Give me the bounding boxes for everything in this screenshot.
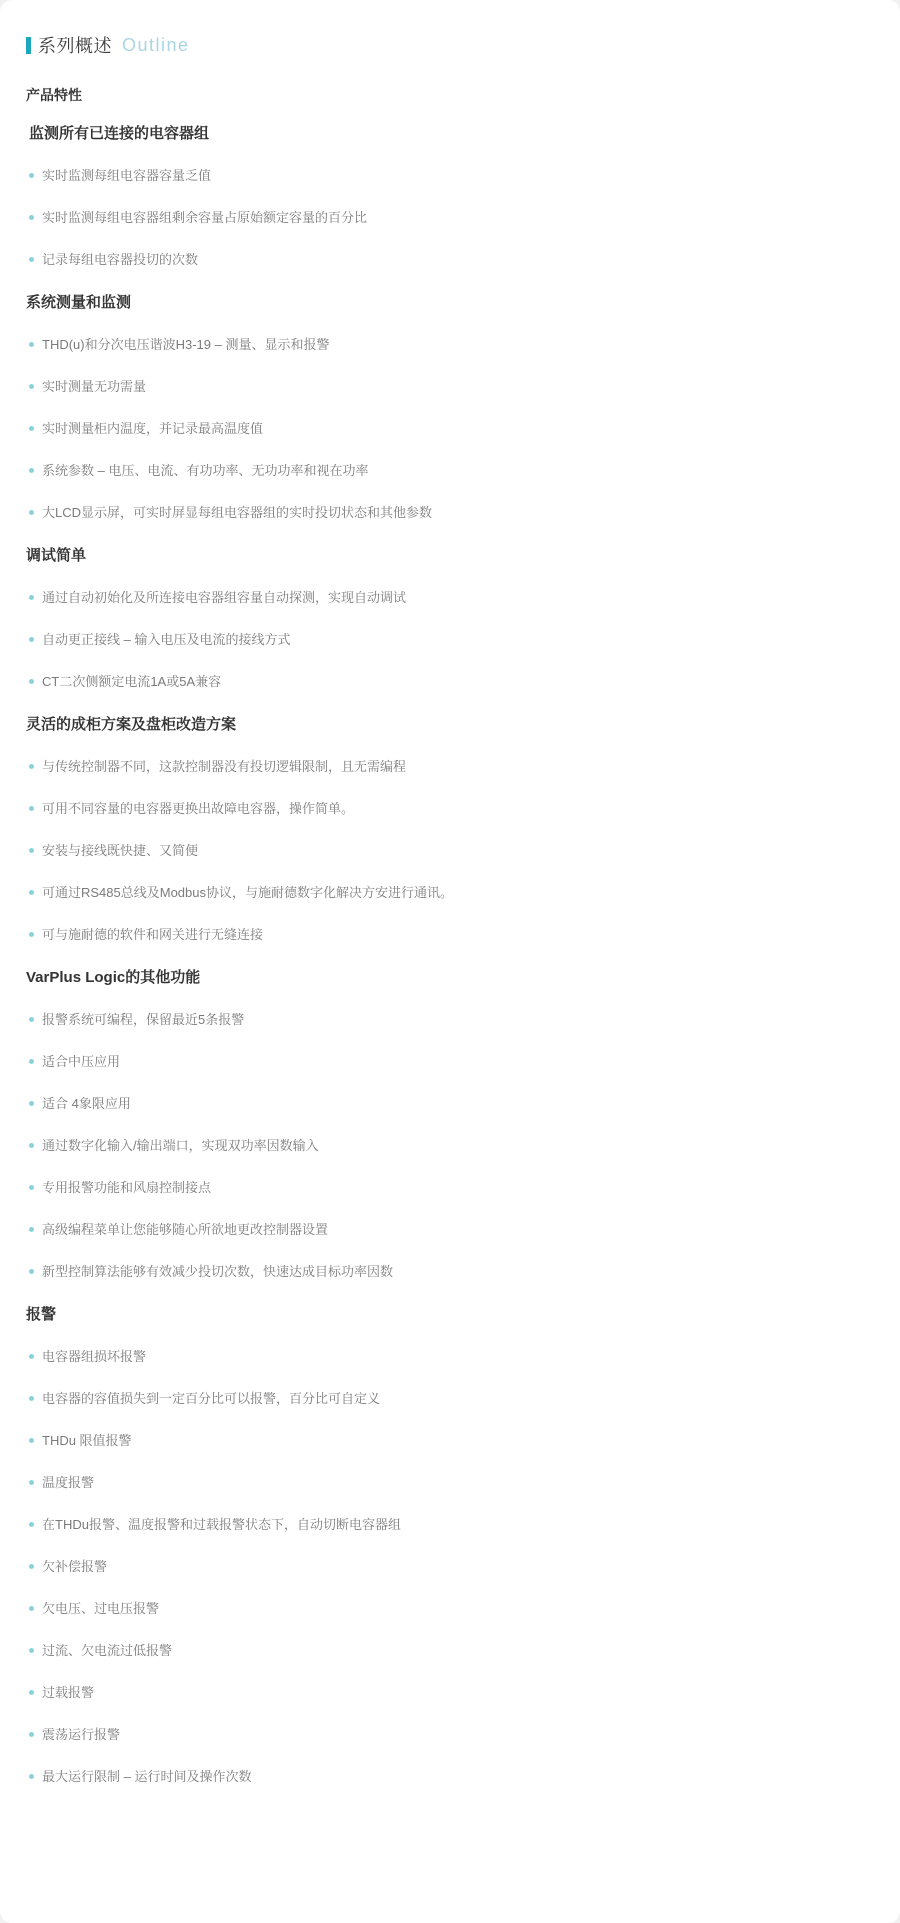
list-item-text: 自动更正接线 – 输入电压及电流的接线方式 [42, 632, 290, 647]
bullet-dot-icon [29, 1227, 34, 1232]
feature-section: 调试简单通过自动初始化及所连接电容器组容量自动探测，实现自动调试自动更正接线 –… [26, 545, 870, 691]
list-item: 记录每组电容器投切的次数 [29, 250, 870, 269]
list-item: 电容器的容值损失到一定百分比可以报警，百分比可自定义 [29, 1389, 870, 1408]
list-item: 过载报警 [29, 1683, 870, 1702]
list-item-text: 欠补偿报警 [42, 1559, 107, 1574]
list-item-text: 在THDu报警、温度报警和过载报警状态下，自动切断电容器组 [42, 1517, 401, 1532]
list-item: 新型控制算法能够有效减少投切次数，快速达成目标功率因数 [29, 1262, 870, 1281]
feature-list: 与传统控制器不同，这款控制器没有投切逻辑限制，且无需编程可用不同容量的电容器更换… [26, 757, 870, 944]
list-item-text: 通过数字化输入/输出端口，实现双功率因数输入 [42, 1138, 319, 1153]
list-item: 电容器组损坏报警 [29, 1347, 870, 1366]
bullet-dot-icon [29, 1143, 34, 1148]
list-item: 专用报警功能和风扇控制接点 [29, 1178, 870, 1197]
bullet-dot-icon [29, 342, 34, 347]
list-item-text: 最大运行限制 – 运行时间及操作次数 [42, 1769, 251, 1784]
bullet-dot-icon [29, 1059, 34, 1064]
section-heading: VarPlus Logic的其他功能 [26, 967, 870, 988]
feature-list: 通过自动初始化及所连接电容器组容量自动探测，实现自动调试自动更正接线 – 输入电… [26, 588, 870, 691]
list-item: 可与施耐德的软件和网关进行无缝连接 [29, 925, 870, 944]
feature-section: 监测所有已连接的电容器组实时监测每组电容器容量乏值实时监测每组电容器组剩余容量占… [26, 123, 870, 269]
list-item-text: CT二次侧额定电流1A或5A兼容 [42, 674, 221, 689]
section-heading: 监测所有已连接的电容器组 [26, 123, 870, 144]
bullet-dot-icon [29, 764, 34, 769]
bullet-dot-icon [29, 932, 34, 937]
list-item: 实时测量无功需量 [29, 377, 870, 396]
bullet-dot-icon [29, 1438, 34, 1443]
bullet-dot-icon [29, 1690, 34, 1695]
bullet-dot-icon [29, 890, 34, 895]
bullet-dot-icon [29, 1185, 34, 1190]
list-item-text: 与传统控制器不同，这款控制器没有投切逻辑限制，且无需编程 [42, 759, 406, 774]
list-item-text: 适合 4象限应用 [42, 1096, 131, 1111]
section-heading: 系统测量和监测 [26, 292, 870, 313]
bullet-dot-icon [29, 1732, 34, 1737]
bullet-dot-icon [29, 848, 34, 853]
page-title: 系列概述 Outline [26, 34, 870, 56]
list-item: 在THDu报警、温度报警和过载报警状态下，自动切断电容器组 [29, 1515, 870, 1534]
list-item-text: 记录每组电容器投切的次数 [42, 252, 198, 267]
list-item: 最大运行限制 – 运行时间及操作次数 [29, 1767, 870, 1786]
list-item: 通过数字化输入/输出端口，实现双功率因数输入 [29, 1136, 870, 1155]
section-heading: 灵活的成柜方案及盘柜改造方案 [26, 714, 870, 735]
list-item: 可用不同容量的电容器更换出故障电容器，操作简单。 [29, 799, 870, 818]
feature-list: 报警系统可编程，保留最近5条报警适合中压应用适合 4象限应用通过数字化输入/输出… [26, 1010, 870, 1281]
list-item: 温度报警 [29, 1473, 870, 1492]
list-item: CT二次侧额定电流1A或5A兼容 [29, 672, 870, 691]
list-item-text: 过流、欠电流过低报警 [42, 1643, 172, 1658]
list-item-text: 通过自动初始化及所连接电容器组容量自动探测，实现自动调试 [42, 590, 406, 605]
bullet-dot-icon [29, 468, 34, 473]
list-item: 过流、欠电流过低报警 [29, 1641, 870, 1660]
list-item: 与传统控制器不同，这款控制器没有投切逻辑限制，且无需编程 [29, 757, 870, 776]
section-heading: 调试简单 [26, 545, 870, 566]
feature-list: THD(u)和分次电压谐波H3-19 – 测量、显示和报警实时测量无功需量实时测… [26, 335, 870, 522]
bullet-dot-icon [29, 595, 34, 600]
feature-section: 灵活的成柜方案及盘柜改造方案与传统控制器不同，这款控制器没有投切逻辑限制，且无需… [26, 714, 870, 944]
list-item: 可通过RS485总线及Modbus协议，与施耐德数字化解决方安进行通讯。 [29, 883, 870, 902]
list-item-text: 高级编程菜单让您能够随心所欲地更改控制器设置 [42, 1222, 328, 1237]
list-item-text: 可与施耐德的软件和网关进行无缝连接 [42, 927, 263, 942]
feature-section: 系统测量和监测THD(u)和分次电压谐波H3-19 – 测量、显示和报警实时测量… [26, 292, 870, 522]
list-item: 实时监测每组电容器容量乏值 [29, 166, 870, 185]
list-item: 适合 4象限应用 [29, 1094, 870, 1113]
bullet-dot-icon [29, 1269, 34, 1274]
list-item: THD(u)和分次电压谐波H3-19 – 测量、显示和报警 [29, 335, 870, 354]
list-item-text: 可通过RS485总线及Modbus协议，与施耐德数字化解决方安进行通讯。 [42, 885, 453, 900]
list-item-text: 系统参数 – 电压、电流、有功功率、无功功率和视在功率 [42, 463, 368, 478]
list-item-text: 安装与接线既快捷、又简便 [42, 843, 198, 858]
feature-list: 实时监测每组电容器容量乏值实时监测每组电容器组剩余容量占原始额定容量的百分比记录… [26, 166, 870, 269]
bullet-dot-icon [29, 1774, 34, 1779]
bullet-dot-icon [29, 1480, 34, 1485]
list-item: 欠补偿报警 [29, 1557, 870, 1576]
list-item: 大LCD显示屏，可实时屏显每组电容器组的实时投切状态和其他参数 [29, 503, 870, 522]
list-item: 自动更正接线 – 输入电压及电流的接线方式 [29, 630, 870, 649]
list-item-text: 震荡运行报警 [42, 1727, 120, 1742]
list-item-text: THDu 限值报警 [42, 1433, 132, 1448]
list-item: 欠电压、过电压报警 [29, 1599, 870, 1618]
page-title-zh: 系列概述 [38, 32, 112, 58]
list-item: THDu 限值报警 [29, 1431, 870, 1450]
features-heading: 产品特性 [26, 86, 870, 105]
page-background: { "header": { "title_zh": "系列概述", "title… [0, 0, 900, 1923]
feature-list: 电容器组损坏报警电容器的容值损失到一定百分比可以报警，百分比可自定义THDu 限… [26, 1347, 870, 1786]
bullet-dot-icon [29, 1017, 34, 1022]
list-item-text: 适合中压应用 [42, 1054, 120, 1069]
list-item-text: 实时监测每组电容器组剩余容量占原始额定容量的百分比 [42, 210, 367, 225]
list-item-text: 新型控制算法能够有效减少投切次数，快速达成目标功率因数 [42, 1264, 393, 1279]
title-accent-bar-icon [26, 37, 31, 54]
list-item-text: 报警系统可编程，保留最近5条报警 [42, 1012, 244, 1027]
bullet-dot-icon [29, 637, 34, 642]
bullet-dot-icon [29, 1606, 34, 1611]
list-item-text: 可用不同容量的电容器更换出故障电容器，操作简单。 [42, 801, 354, 816]
bullet-dot-icon [29, 1101, 34, 1106]
list-item-text: 实时监测每组电容器容量乏值 [42, 168, 211, 183]
bullet-dot-icon [29, 806, 34, 811]
bullet-dot-icon [29, 1648, 34, 1653]
feature-section: 报警电容器组损坏报警电容器的容值损失到一定百分比可以报警，百分比可自定义THDu… [26, 1304, 870, 1786]
list-item-text: 电容器组损坏报警 [42, 1349, 146, 1364]
sections-container: 监测所有已连接的电容器组实时监测每组电容器容量乏值实时监测每组电容器组剩余容量占… [26, 123, 870, 1786]
bullet-dot-icon [29, 1396, 34, 1401]
list-item-text: 欠电压、过电压报警 [42, 1601, 159, 1616]
list-item-text: 实时测量柜内温度，并记录最高温度值 [42, 421, 263, 436]
list-item-text: 专用报警功能和风扇控制接点 [42, 1180, 211, 1195]
list-item: 安装与接线既快捷、又简便 [29, 841, 870, 860]
bullet-dot-icon [29, 1564, 34, 1569]
list-item-text: 实时测量无功需量 [42, 379, 146, 394]
list-item-text: 大LCD显示屏，可实时屏显每组电容器组的实时投切状态和其他参数 [42, 505, 432, 520]
list-item: 实时监测每组电容器组剩余容量占原始额定容量的百分比 [29, 208, 870, 227]
page-title-en: Outline [122, 35, 190, 56]
feature-section: VarPlus Logic的其他功能报警系统可编程，保留最近5条报警适合中压应用… [26, 967, 870, 1281]
list-item: 震荡运行报警 [29, 1725, 870, 1744]
bullet-dot-icon [29, 1522, 34, 1527]
list-item: 报警系统可编程，保留最近5条报警 [29, 1010, 870, 1029]
list-item: 通过自动初始化及所连接电容器组容量自动探测，实现自动调试 [29, 588, 870, 607]
list-item: 高级编程菜单让您能够随心所欲地更改控制器设置 [29, 1220, 870, 1239]
list-item: 实时测量柜内温度，并记录最高温度值 [29, 419, 870, 438]
bullet-dot-icon [29, 426, 34, 431]
bullet-dot-icon [29, 173, 34, 178]
list-item-text: THD(u)和分次电压谐波H3-19 – 测量、显示和报警 [42, 337, 329, 352]
section-heading: 报警 [26, 1304, 870, 1325]
content-card: 系列概述 Outline 产品特性 监测所有已连接的电容器组实时监测每组电容器容… [0, 0, 900, 1923]
bullet-dot-icon [29, 510, 34, 515]
bullet-dot-icon [29, 679, 34, 684]
bullet-dot-icon [29, 257, 34, 262]
list-item: 系统参数 – 电压、电流、有功功率、无功功率和视在功率 [29, 461, 870, 480]
list-item-text: 电容器的容值损失到一定百分比可以报警，百分比可自定义 [42, 1391, 380, 1406]
bullet-dot-icon [29, 215, 34, 220]
bullet-dot-icon [29, 1354, 34, 1359]
list-item-text: 温度报警 [42, 1475, 94, 1490]
list-item: 适合中压应用 [29, 1052, 870, 1071]
list-item-text: 过载报警 [42, 1685, 94, 1700]
bullet-dot-icon [29, 384, 34, 389]
